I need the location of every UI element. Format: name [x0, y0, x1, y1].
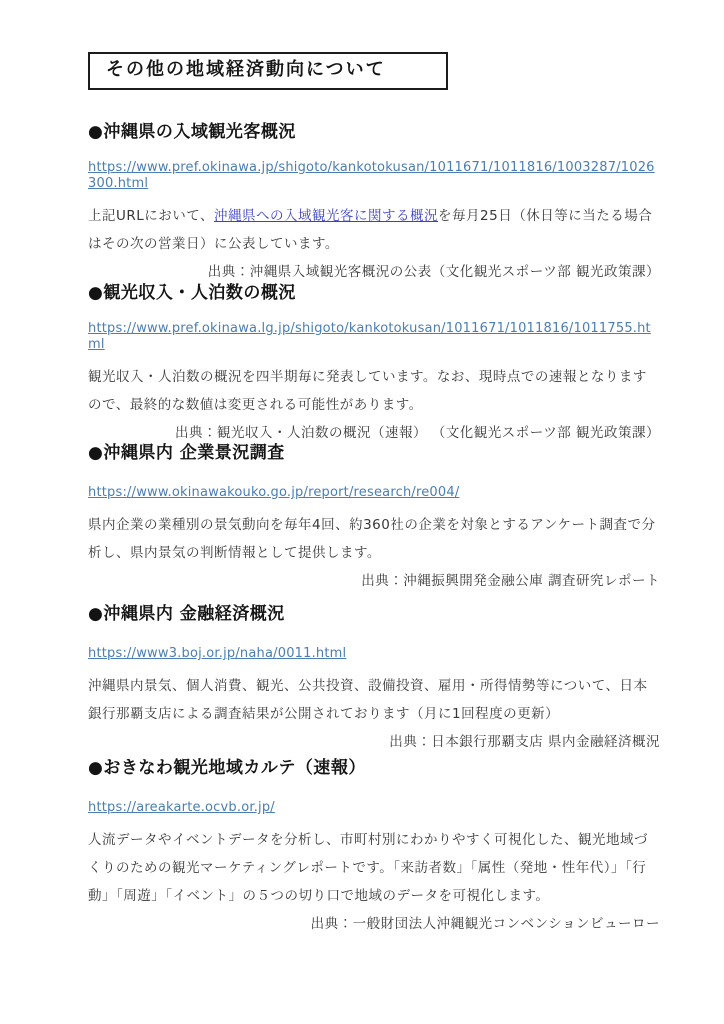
section-financial-economy: ●沖縄県内 金融経済概況 https://www3.boj.or.jp/naha… — [88, 602, 660, 756]
page-title-box: その他の地域経済動向について — [88, 52, 448, 90]
section-description: 観光収入・人泊数の概況を四半期毎に発表しています。なお、現時点での速報となります… — [88, 363, 660, 419]
section-url-link[interactable]: https://www3.boj.or.jp/naha/0011.html — [88, 646, 346, 662]
section-heading: ●沖縄県内 金融経済概況 — [88, 602, 660, 626]
section-heading: ●沖縄県の入域観光客概況 — [88, 120, 660, 144]
description-text: 上記URLにおいて、 — [88, 208, 214, 224]
section-heading: ●沖縄県内 企業景況調査 — [88, 441, 660, 465]
section-description: 上記URLにおいて、沖縄県への入域観光客に関する概況を毎月25日（休日等に当たる… — [88, 202, 660, 258]
section-url-link[interactable]: https://www.okinawakouko.go.jp/report/re… — [88, 485, 459, 501]
inline-text-link[interactable]: 沖縄県への入域観光客に関する概況 — [214, 208, 438, 224]
section-heading: ●観光収入・人泊数の概況 — [88, 281, 660, 305]
source-citation: 出典：沖縄振興開発金融公庫 調査研究レポート — [88, 567, 660, 595]
section-url-link[interactable]: https://areakarte.ocvb.or.jp/ — [88, 800, 275, 816]
section-okinawa-visitor-arrivals: ●沖縄県の入域観光客概況 https://www.pref.okinawa.jp… — [88, 120, 660, 286]
source-citation: 出典：日本銀行那覇支店 県内金融経済概況 — [88, 728, 660, 756]
section-url-link[interactable]: https://www.pref.okinawa.lg.jp/shigoto/k… — [88, 321, 660, 353]
section-heading: ●おきなわ観光地域カルテ（速報） — [88, 756, 660, 780]
section-description: 県内企業の業種別の景気動向を毎年4回、約360社の企業を対象とするアンケート調査… — [88, 511, 660, 567]
section-okinawa-tourism-karte: ●おきなわ観光地域カルテ（速報） https://areakarte.ocvb.… — [88, 756, 660, 938]
source-citation: 出典：一般財団法人沖縄観光コンベンションビューロー — [88, 910, 660, 938]
section-business-survey: ●沖縄県内 企業景況調査 https://www.okinawakouko.go… — [88, 441, 660, 595]
document-page: その他の地域経済動向について ●沖縄県の入域観光客概況 https://www.… — [0, 0, 724, 1024]
section-url-link[interactable]: https://www.pref.okinawa.jp/shigoto/kank… — [88, 160, 660, 192]
section-description: 沖縄県内景気、個人消費、観光、公共投資、設備投資、雇用・所得情勢等について、日本… — [88, 672, 660, 728]
section-description: 人流データやイベントデータを分析し、市町村別にわかりやすく可視化した、観光地域づ… — [88, 826, 660, 910]
section-tourism-revenue: ●観光収入・人泊数の概況 https://www.pref.okinawa.lg… — [88, 281, 660, 447]
page-title: その他の地域経済動向について — [106, 59, 386, 80]
